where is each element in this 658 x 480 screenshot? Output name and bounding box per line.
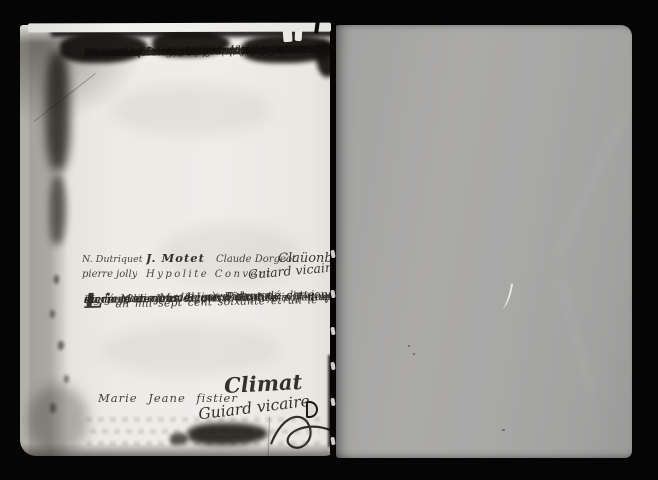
burn-speck: [64, 375, 69, 383]
burn-speck: [58, 341, 64, 350]
signature-jolly: pierre jolly: [82, 269, 137, 280]
stitch-mark: [330, 398, 335, 407]
speck: [413, 353, 415, 355]
underlying-page-edge: [28, 23, 331, 33]
archival-scan: de octobre et décembre et huit de quatde…: [0, 0, 658, 480]
white-scratch: [502, 283, 513, 310]
paper-crease: [559, 277, 593, 394]
stitch-mark: [330, 327, 335, 336]
marriage-act-text: de octobre et décembre et huit de quatde…: [84, 44, 337, 259]
burn-speck: [50, 310, 55, 318]
corner-curl-shadow: [28, 385, 88, 455]
stitch-mark: [330, 290, 335, 299]
burn-mark: [46, 51, 70, 171]
stitch-mark: [330, 437, 335, 446]
blank-verso-page: [336, 25, 632, 458]
ink-showthrough: [86, 417, 324, 422]
burn-mark: [50, 175, 66, 245]
stitch-mark: [330, 362, 335, 371]
paper-crease: [555, 112, 625, 258]
speck: [502, 429, 505, 431]
speck: [408, 345, 410, 347]
burn-speck: [54, 275, 59, 284]
signature-motet: J. Motet: [146, 251, 205, 265]
manuscript-recto-page: de octobre et décembre et huit de quatde…: [20, 25, 337, 456]
stitch-mark: [330, 250, 335, 259]
signature-dutriquet: N. Dutriquet: [82, 254, 143, 265]
